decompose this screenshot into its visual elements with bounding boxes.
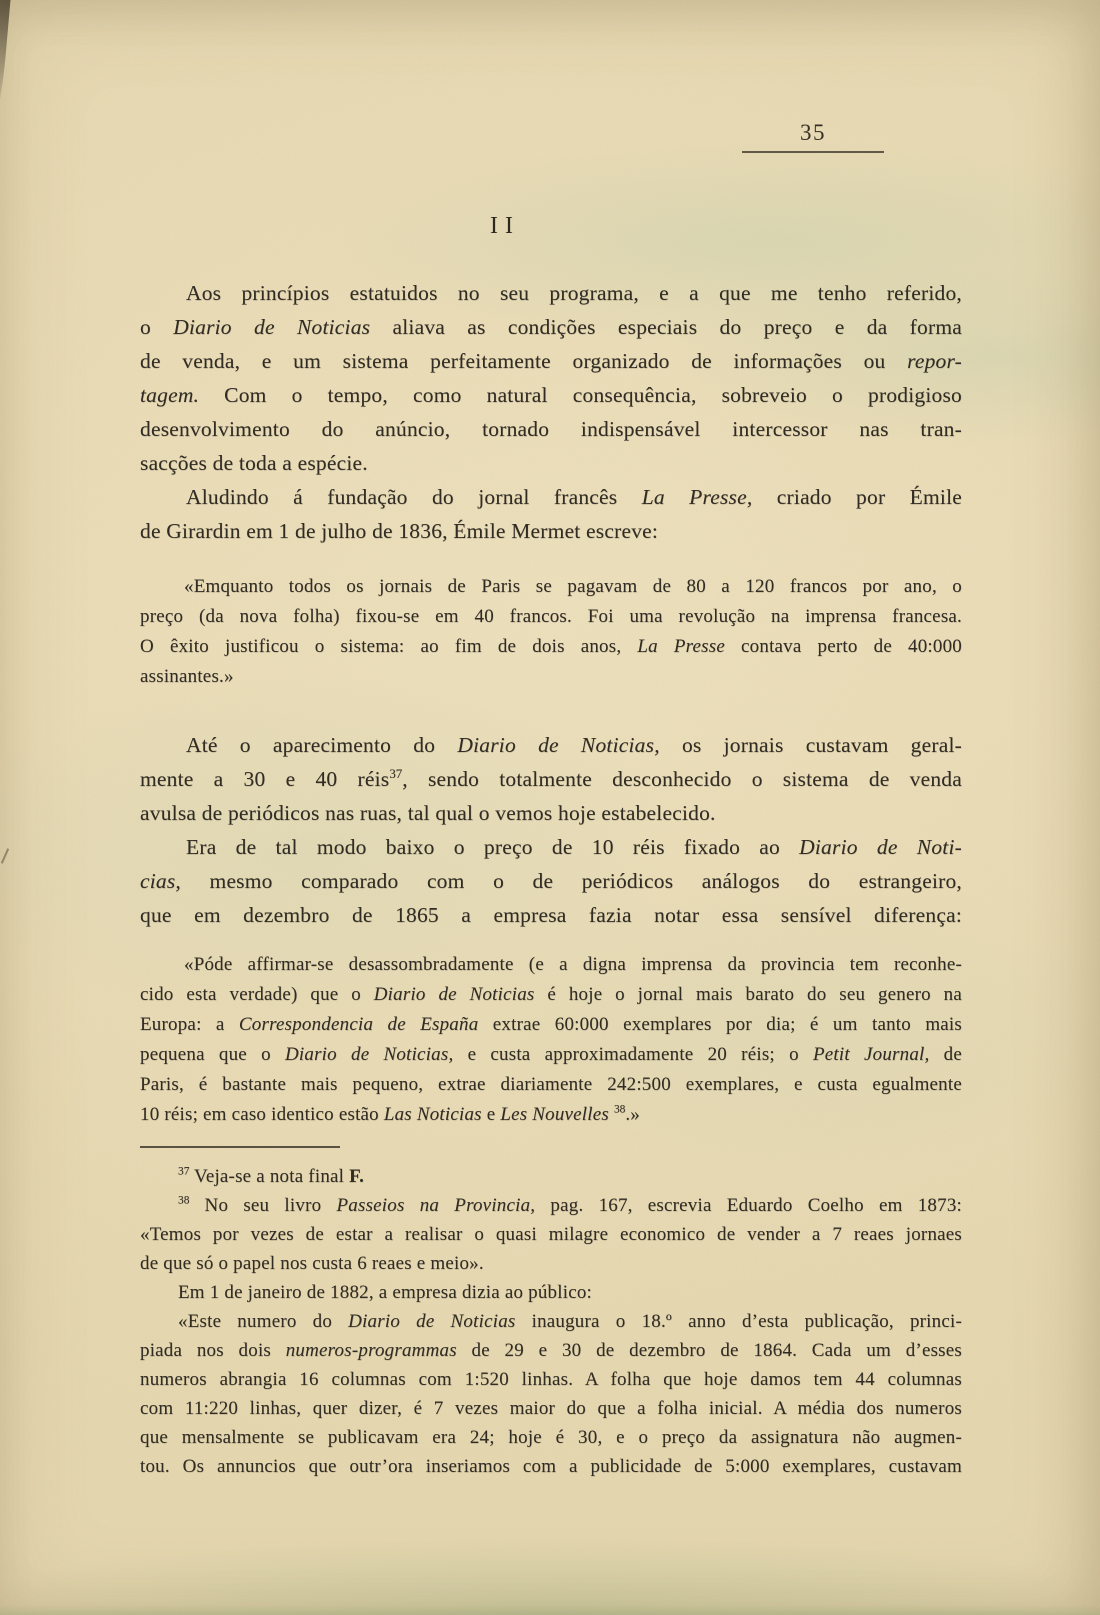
italic-text: Petit Journal, bbox=[813, 1044, 930, 1065]
italic-text: Las Noticias bbox=[384, 1104, 482, 1125]
paragraph: Até o aparecimento do Diario de Noticias… bbox=[140, 728, 962, 830]
page-number: 35 bbox=[742, 119, 884, 147]
text-line: 37 Veja-se a nota final F. bbox=[140, 1162, 962, 1191]
text-segment: de bbox=[929, 1044, 962, 1065]
text-line: de que só o papel nos custa 6 reaes e me… bbox=[140, 1249, 962, 1278]
text-segment: O êxito justificou o sistema: ao fim de … bbox=[140, 636, 637, 657]
footnote-marker: 38 bbox=[614, 1104, 625, 1116]
text-segment: de venda, e um sistema perfeitamente org… bbox=[140, 349, 907, 373]
text-segment: «Póde affirmar-se desassombradamente (e … bbox=[184, 954, 962, 975]
text-segment: pequena que o bbox=[140, 1044, 285, 1065]
text-segment: pag. 167, escrevia Eduardo Coelho em 187… bbox=[535, 1195, 962, 1216]
text-segment: desenvolvimento do anúncio, tornado indi… bbox=[140, 417, 962, 441]
text-segment: que em dezembro de 1865 a empresa fazia … bbox=[140, 903, 962, 927]
text-line: «Temos por vezes de estar a realisar o q… bbox=[140, 1220, 962, 1249]
italic-text: La Presse, bbox=[642, 485, 753, 509]
text-line: Aludindo á fundação do jornal francês La… bbox=[140, 480, 962, 514]
text-segment: Veja-se a nota final bbox=[189, 1166, 349, 1187]
italic-text: La Presse bbox=[637, 636, 725, 657]
paragraph: Aludindo á fundação do jornal francês La… bbox=[140, 480, 962, 548]
text-segment: que mensalmente se publicavam era 24; ho… bbox=[140, 1427, 962, 1448]
text-line: 10 réis; em caso identico estão Las Noti… bbox=[140, 1100, 962, 1130]
text-line: 38 No seu livro Passeios na Provincia, p… bbox=[140, 1191, 962, 1220]
text-segment: e bbox=[482, 1104, 501, 1125]
text-line: cido esta verdade) que o Diario de Notic… bbox=[140, 980, 962, 1010]
text-segment: Até o aparecimento do bbox=[186, 733, 457, 757]
text-segment: com 11:220 linhas, quer dizer, é 7 vezes… bbox=[140, 1398, 962, 1419]
footnotes: 37 Veja-se a nota final F.38 No seu livr… bbox=[140, 1162, 962, 1481]
footnote-marker: 37 bbox=[178, 1166, 189, 1178]
paragraph: Era de tal modo baixo o preço de 10 réis… bbox=[140, 830, 962, 932]
italic-text: Diario de Noticias, bbox=[285, 1044, 453, 1065]
text-segment: assinantes.» bbox=[140, 666, 234, 687]
text-segment: No seu livro bbox=[189, 1195, 336, 1216]
text-segment: preço (da nova folha) fixou-se em 40 fra… bbox=[140, 606, 962, 627]
text-line: «Emquanto todos os jornais de Paris se p… bbox=[140, 572, 962, 602]
text-segment: , sendo totalmente desconhecido o sistem… bbox=[402, 767, 962, 791]
italic-text: tagem. bbox=[140, 383, 199, 407]
text-line: Aos princípios estatuidos no seu program… bbox=[140, 276, 962, 310]
text-segment: extrae 60:000 exemplares por dia; é um t… bbox=[478, 1014, 962, 1035]
text-line: Europa: a Correspondencia de España extr… bbox=[140, 1010, 962, 1040]
page-number-rule bbox=[742, 151, 884, 153]
quote-paragraph: «Póde affirmar-se desassombradamente (e … bbox=[140, 950, 962, 1130]
text-line: assinantes.» bbox=[140, 662, 962, 692]
footnote-separator bbox=[140, 1146, 340, 1148]
bold-text: F. bbox=[349, 1166, 364, 1187]
text-line: tagem. Com o tempo, como natural consequ… bbox=[140, 378, 962, 412]
text-line: «Este numero do Diario de Noticias inaug… bbox=[140, 1307, 962, 1336]
scan-edge-artifact bbox=[0, 0, 12, 116]
text-segment: o bbox=[140, 315, 173, 339]
text-line: que em dezembro de 1865 a empresa fazia … bbox=[140, 898, 962, 932]
text-line: Era de tal modo baixo o preço de 10 réis… bbox=[140, 830, 962, 864]
text-segment: criado por Émile bbox=[752, 485, 962, 509]
text-segment: de que só o papel nos custa 6 reaes e me… bbox=[140, 1253, 484, 1274]
text-segment: Aos princípios estatuidos no seu program… bbox=[186, 281, 962, 305]
italic-text: Passeios na Provincia, bbox=[336, 1195, 535, 1216]
italic-text: numeros-programmas bbox=[286, 1340, 457, 1361]
scanned-page: 35 II Aos princípios estatuidos no seu p… bbox=[0, 0, 1100, 1615]
text-segment: sacções de toda a espécie. bbox=[140, 451, 368, 475]
text-line: Em 1 de janeiro de 1882, a empresa dizia… bbox=[140, 1278, 962, 1307]
text-segment: cido esta verdade) que o bbox=[140, 984, 374, 1005]
italic-text: Diario de Noticias, bbox=[457, 733, 659, 757]
text-line: Paris, é bastante mais pequeno, extrae d… bbox=[140, 1070, 962, 1100]
text-segment: contava perto de 40:000 bbox=[725, 636, 962, 657]
footnote-marker: 38 bbox=[178, 1195, 189, 1207]
section-heading: II bbox=[0, 211, 1010, 241]
text-segment: de Girardin em 1 de julho de 1836, Émile… bbox=[140, 519, 658, 543]
paragraph-container: Aos princípios estatuidos no seu program… bbox=[140, 276, 962, 1130]
text-segment: mente a 30 e 40 réis bbox=[140, 767, 389, 791]
text-line: avulsa de periódicos nas ruas, tal qual … bbox=[140, 796, 962, 830]
text-line: desenvolvimento do anúncio, tornado indi… bbox=[140, 412, 962, 446]
text-line: mente a 30 e 40 réis37, sendo totalmente… bbox=[140, 762, 962, 796]
italic-text: Diario de Noti- bbox=[799, 835, 962, 859]
text-segment: 10 réis; em caso identico estão bbox=[140, 1104, 384, 1125]
footnote-marker: 37 bbox=[389, 767, 402, 781]
page-number-block: 35 bbox=[742, 119, 884, 153]
text-line: cias, mesmo comparado com o de periódico… bbox=[140, 864, 962, 898]
text-segment: e custa approximadamente 20 réis; o bbox=[453, 1044, 813, 1065]
italic-text: cias, bbox=[140, 869, 181, 893]
text-line: Até o aparecimento do Diario de Noticias… bbox=[140, 728, 962, 762]
text-line: de venda, e um sistema perfeitamente org… bbox=[140, 344, 962, 378]
text-line: com 11:220 linhas, quer dizer, é 7 vezes… bbox=[140, 1394, 962, 1423]
italic-text: Diario de Noticias bbox=[173, 315, 370, 339]
quote-paragraph: «Emquanto todos os jornais de Paris se p… bbox=[140, 572, 962, 692]
text-segment: piada nos dois bbox=[140, 1340, 286, 1361]
text-segment: «Temos por vezes de estar a realisar o q… bbox=[140, 1224, 962, 1245]
text-segment: Era de tal modo baixo o preço de 10 réis… bbox=[186, 835, 799, 859]
text-segment: numeros abrangia 16 columnas com 1:520 l… bbox=[140, 1369, 962, 1390]
italic-text: repor- bbox=[907, 349, 962, 373]
paragraph: Aos princípios estatuidos no seu program… bbox=[140, 276, 962, 480]
text-line: piada nos dois numeros-programmas de 29 … bbox=[140, 1336, 962, 1365]
italic-text: Correspondencia de España bbox=[239, 1014, 479, 1035]
text-line: o Diario de Noticias aliava as condições… bbox=[140, 310, 962, 344]
text-line: preço (da nova folha) fixou-se em 40 fra… bbox=[140, 602, 962, 632]
text-segment: Aludindo á fundação do jornal francês bbox=[186, 485, 642, 509]
italic-text: Diario de Noticias bbox=[374, 984, 535, 1005]
italic-text: Les Nouvelles bbox=[500, 1104, 609, 1125]
text-line: «Póde affirmar-se desassombradamente (e … bbox=[140, 950, 962, 980]
text-segment: «Este numero do bbox=[178, 1311, 348, 1332]
text-segment: tou. Os annuncios que outr’ora inseriamo… bbox=[140, 1456, 962, 1477]
text-segment: .» bbox=[625, 1104, 640, 1125]
text-segment: aliava as condições especiais do preço e… bbox=[370, 315, 962, 339]
text-segment: Paris, é bastante mais pequeno, extrae d… bbox=[140, 1074, 962, 1095]
text-line: pequena que o Diario de Noticias, e cust… bbox=[140, 1040, 962, 1070]
text-column: Aos princípios estatuidos no seu program… bbox=[140, 276, 962, 1481]
margin-pencil-mark bbox=[1, 848, 9, 863]
text-line: sacções de toda a espécie. bbox=[140, 446, 962, 480]
text-segment: de 29 e 30 de dezembro de 1864. Cada um … bbox=[457, 1340, 962, 1361]
text-line: O êxito justificou o sistema: ao fim de … bbox=[140, 632, 962, 662]
text-segment: Em 1 de janeiro de 1882, a empresa dizia… bbox=[178, 1282, 592, 1303]
text-segment: é hoje o jornal mais barato do seu gener… bbox=[535, 984, 962, 1005]
text-segment: mesmo comparado com o de periódicos anál… bbox=[181, 869, 962, 893]
text-segment: os jornais custavam geral- bbox=[660, 733, 962, 757]
text-segment: avulsa de periódicos nas ruas, tal qual … bbox=[140, 801, 716, 825]
text-segment: «Emquanto todos os jornais de Paris se p… bbox=[184, 576, 962, 597]
text-line: que mensalmente se publicavam era 24; ho… bbox=[140, 1423, 962, 1452]
text-line: de Girardin em 1 de julho de 1836, Émile… bbox=[140, 514, 962, 548]
text-segment: Com o tempo, como natural consequência, … bbox=[199, 383, 962, 407]
text-segment: Europa: a bbox=[140, 1014, 239, 1035]
text-line: numeros abrangia 16 columnas com 1:520 l… bbox=[140, 1365, 962, 1394]
italic-text: Diario de Noticias bbox=[348, 1311, 515, 1332]
text-line: tou. Os annuncios que outr’ora inseriamo… bbox=[140, 1452, 962, 1481]
text-segment: inaugura o 18.º anno d’esta publicação, … bbox=[516, 1311, 963, 1332]
